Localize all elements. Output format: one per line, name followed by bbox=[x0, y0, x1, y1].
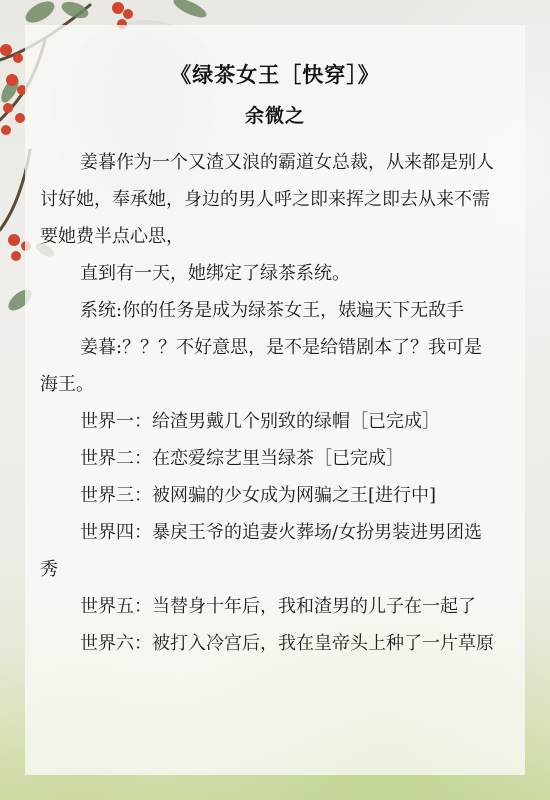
paragraph: 姜暮:？？？不好意思，是不是给错剧本了？我可是海王。 bbox=[40, 329, 500, 403]
paragraph: 姜暮作为一个又渣又浪的霸道女总裁，从来都是别人讨好她，奉承她，身边的男人呼之即来… bbox=[40, 144, 500, 255]
paragraph: 直到有一天，她绑定了绿茶系统。 bbox=[40, 255, 500, 292]
world-item: 世界五：当替身十年后，我和渣男的儿子在一起了 bbox=[40, 588, 500, 625]
world-item: 世界六：被打入冷宫后，我在皇帝头上种了一片草原 bbox=[40, 625, 500, 662]
paragraph: 系统:你的任务是成为绿茶女王，婊遍天下无敌手 bbox=[40, 292, 500, 329]
world-item: 世界二：在恋爱综艺里当绿茶［已完成］ bbox=[40, 440, 500, 477]
synopsis-body: 姜暮作为一个又渣又浪的霸道女总裁，从来都是别人讨好她，奉承她，身边的男人呼之即来… bbox=[40, 144, 500, 662]
book-author: 余微之 bbox=[25, 101, 525, 128]
world-item: 世界一：给渣男戴几个别致的绿帽［已完成］ bbox=[40, 403, 500, 440]
book-title: 《绿茶女王［快穿］》 bbox=[25, 59, 525, 89]
world-item: 世界四：暴戾王爷的追妻火葬场/女扮男装进男团选秀 bbox=[40, 514, 500, 588]
world-item: 世界三：被网骗的少女成为网骗之王[进行中] bbox=[40, 477, 500, 514]
